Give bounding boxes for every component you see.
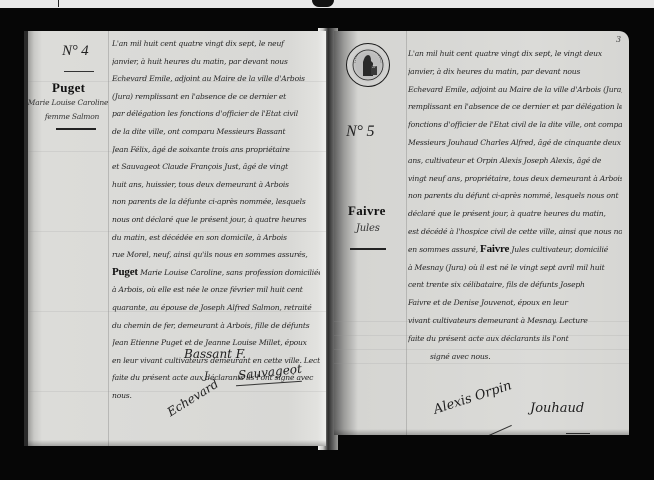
- entry-number: N° 4: [62, 43, 88, 60]
- margin-rule: [108, 31, 109, 446]
- text-line: rue Morel, neuf, ainsi qu'ils nous en so…: [112, 246, 320, 264]
- text-fragment: Jules cultivateur, domicilié: [509, 245, 608, 254]
- deceased-given-names: Marie Louise Caroline: [26, 97, 110, 108]
- signature-jouhaud: Jouhaud: [530, 401, 584, 416]
- text-line: ans, cultivateur et Orpin Alexis Joseph …: [408, 152, 622, 170]
- text-line: janvier, à dix heures du matin, par deva…: [408, 63, 622, 81]
- text-line: Echevard Emile, adjoint au Maire de la v…: [112, 70, 320, 88]
- spouse-line: femme Salmon: [36, 111, 108, 122]
- entry-body: L'an mil huit cent quatre vingt dix sept…: [408, 45, 622, 365]
- text-line: Echevard Emile, adjoint au Maire de la v…: [408, 81, 622, 99]
- deceased-surname: Faivre: [348, 203, 386, 219]
- margin-underline: [350, 248, 386, 250]
- text-line: huit ans, huissier, tous deux demeurant …: [112, 176, 320, 194]
- text-fragment: en sommes assuré,: [408, 245, 478, 254]
- margin-rule: [406, 31, 407, 435]
- text-line: L'an mil huit cent quatre vingt dix sept…: [112, 35, 320, 53]
- deceased-given-names: Jules: [356, 223, 380, 234]
- scan-notch: [312, 0, 334, 7]
- margin-underline: [56, 128, 96, 130]
- marianne-stamp-icon: 2F: [347, 44, 389, 86]
- text-line: à Arbois, où elle est née le onze févrie…: [112, 281, 320, 299]
- text-line: nous ont déclaré que le présent jour, à …: [112, 211, 320, 229]
- signature-bassant: Bassant F.: [184, 347, 246, 361]
- text-line: (Jura) remplissant en l'absence de ce de…: [112, 88, 320, 106]
- signature-orpin: Alexis Orpin: [432, 378, 514, 417]
- flourish-divider: [64, 71, 94, 73]
- text-line: janvier, à huit heures du matin, par dev…: [112, 53, 320, 71]
- text-line: quarante, au épouse de Joseph Alfred Sal…: [112, 299, 320, 317]
- page-shadow: [28, 440, 326, 446]
- scan-top-strip: [0, 0, 654, 8]
- inline-deceased-name: Faivre: [480, 243, 509, 255]
- text-line: par délégation les fonctions d'officier …: [112, 105, 320, 123]
- deceased-surname: Puget: [52, 80, 85, 96]
- text-line: fonctions d'officier de l'Etat civil de …: [408, 116, 622, 134]
- text-line: en sommes assuré, Faivre Jules cultivate…: [408, 241, 622, 259]
- text-line: signé avec nous.: [408, 348, 622, 366]
- text-line: et Sauvageot Claude François Just, âgé d…: [112, 158, 320, 176]
- scan-notch: [58, 0, 59, 7]
- text-line: non parents du défunt ci-après nommé, le…: [408, 187, 622, 205]
- text-line: à Mesnay (Jura) où il est né le vingt se…: [408, 259, 622, 277]
- text-line: cent trente six célibataire, fils de déf…: [408, 276, 622, 294]
- page-shadow: [334, 429, 629, 435]
- text-line: Messieurs Jouhaud Charles Alfred, âgé de…: [408, 134, 622, 152]
- text-line: Faivre et de Denise Jouvenot, époux en l…: [408, 294, 622, 312]
- folio-number: 3: [616, 35, 621, 44]
- text-line: Jean Félix, âgé de soixante trois ans pr…: [112, 141, 320, 159]
- text-line: du chemin de fer, demeurant à Arbois, fi…: [112, 317, 320, 335]
- inline-deceased-name: Puget: [112, 266, 138, 278]
- left-page: N° 4 Puget Marie Louise Caroline femme S…: [24, 31, 326, 446]
- right-page: 3 2F N° 5 Faivre Jules L'an mil huit cen…: [334, 31, 629, 435]
- text-line: non parents de la défunte ci-après nommé…: [112, 193, 320, 211]
- text-line: remplissant en l'absence de ce dernier e…: [408, 98, 622, 116]
- text-line: déclaré que le présent jour, à quatre he…: [408, 205, 622, 223]
- text-line: L'an mil huit cent quatre vingt dix sept…: [408, 45, 622, 63]
- text-line: Puget Marie Louise Caroline, sans profes…: [112, 264, 320, 282]
- text-line: faite du présent acte aux déclarants ils…: [408, 330, 622, 348]
- text-line: vivant cultivateurs demeurant à Mesnay. …: [408, 312, 622, 330]
- svg-text:2F: 2F: [372, 64, 377, 69]
- revenue-stamp: 2F: [346, 43, 390, 87]
- entry-number: N° 5: [346, 123, 374, 141]
- text-line: de la dite ville, ont comparu Messieurs …: [112, 123, 320, 141]
- text-line: vingt neuf ans, propriétaire, tous deux …: [408, 170, 622, 188]
- text-line: est décédé à l'hospice civil de cette vi…: [408, 223, 622, 241]
- text-line: du matin, est décédée en son domicile, à…: [112, 229, 320, 247]
- text-fragment: Marie Louise Caroline, sans profession d…: [138, 268, 320, 277]
